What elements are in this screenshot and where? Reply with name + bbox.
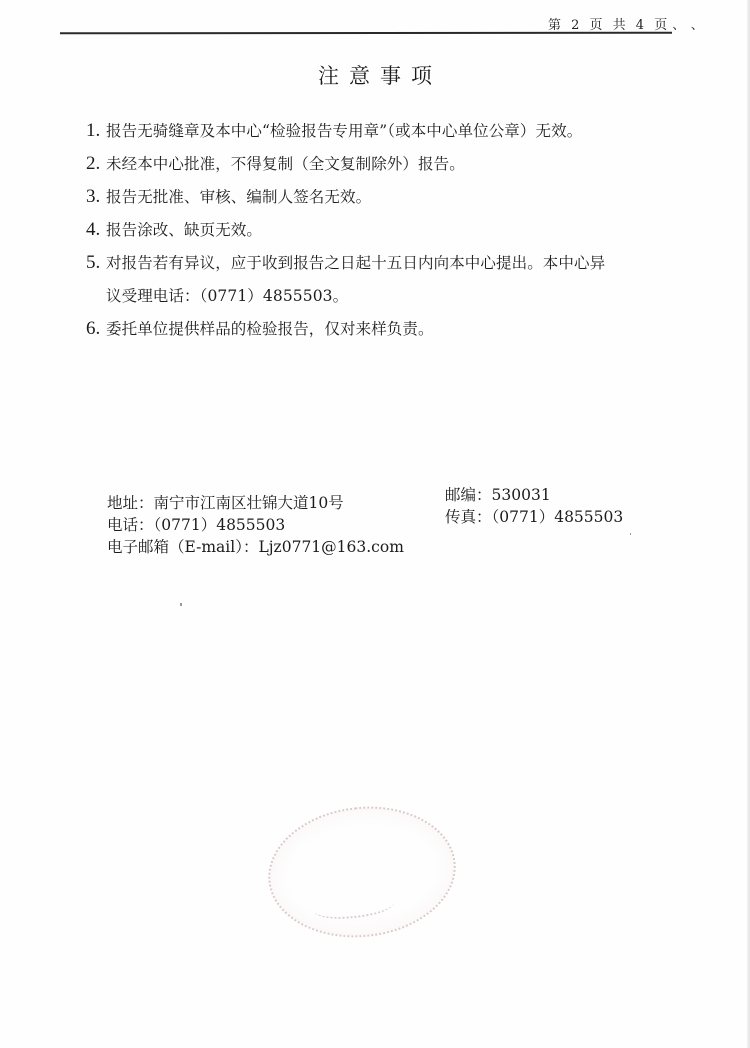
scan-speck [630,533,631,535]
notice-text: 对报告若有异议，应于收到报告之日起十五日内向本中心提出。本中心异 [106,254,605,272]
notice-number: 3. [86,186,106,208]
address-label: 地址： [107,494,154,512]
contact-block-left: 地址：南宁市江南区壮锦大道10号 电话：（0771）4855503 电子邮箱（E… [107,486,404,558]
official-seal-stamp [262,798,463,947]
phone-value: （0771）4855503 [154,516,286,534]
postcode-value: 530031 [492,486,551,504]
notice-item-5: 5. 对报告若有异议，应于收到报告之日起十五日内向本中心提出。本中心异 议受理电… [86,252,696,307]
notice-list: 1. 报告无骑缝章及本中心“检验报告专用章”（或本中心单位公章）无效。 2. 未… [86,120,696,351]
notice-text: 报告无批准、审核、编制人签名无效。 [106,186,696,208]
notice-title: 注意事项 [0,60,750,90]
document-page: 第 2 页 共 4 页、、 注意事项 1. 报告无骑缝章及本中心“检验报告专用章… [0,0,750,1048]
email-row: 电子邮箱（E-mail）：Ljz0771@163.com [107,536,404,558]
address-value: 南宁市江南区壮锦大道10号 [154,494,344,512]
notice-item-4: 4. 报告涂改、缺页无效。 [86,219,696,241]
phone-row: 电话：（0771）4855503 [107,514,404,536]
notice-number: 1. [86,120,106,142]
header-rule [60,32,672,35]
email-value: Ljz0771@163.com [258,538,403,556]
notice-item-6: 6. 委托单位提供样品的检验报告，仅对来样负责。 [86,318,696,340]
notice-text: 报告涂改、缺页无效。 [106,219,696,241]
address-row: 地址：南宁市江南区壮锦大道10号 [107,492,404,514]
notice-item-1: 1. 报告无骑缝章及本中心“检验报告专用章”（或本中心单位公章）无效。 [86,120,696,142]
notice-text: 未经本中心批准，不得复制（全文复制除外）报告。 [106,153,696,175]
stray-marks: 、、 [672,18,716,33]
contact-block-right: 邮编：530031 传真：（0771）4855503 [445,484,623,528]
notice-text-continuation: 议受理电话：（0771）4855503。 [106,285,696,307]
fax-label: 传真： [445,508,492,526]
email-label: 电子邮箱（E-mail）： [107,538,258,556]
fax-row: 传真：（0771）4855503 [445,506,623,528]
notice-item-3: 3. 报告无批准、审核、编制人签名无效。 [86,186,696,208]
notice-text: 委托单位提供样品的检验报告，仅对来样负责。 [106,318,696,340]
page-counter: 第 2 页 共 4 页、、 [548,14,716,33]
postcode-row: 邮编：530031 [445,484,623,506]
fax-value: （0771）4855503 [492,508,624,526]
scan-speck [180,603,182,606]
postcode-label: 邮编： [445,486,492,504]
notice-number: 4. [86,219,106,241]
notice-number: 2. [86,153,106,175]
notice-number: 5. [86,252,106,307]
notice-text: 报告无骑缝章及本中心“检验报告专用章”（或本中心单位公章）无效。 [106,120,696,142]
notice-number: 6. [86,318,106,340]
notice-item-2: 2. 未经本中心批准，不得复制（全文复制除外）报告。 [86,153,696,175]
notice-text-wrapper: 对报告若有异议，应于收到报告之日起十五日内向本中心提出。本中心异 议受理电话：（… [106,252,696,307]
phone-label: 电话： [107,516,154,534]
